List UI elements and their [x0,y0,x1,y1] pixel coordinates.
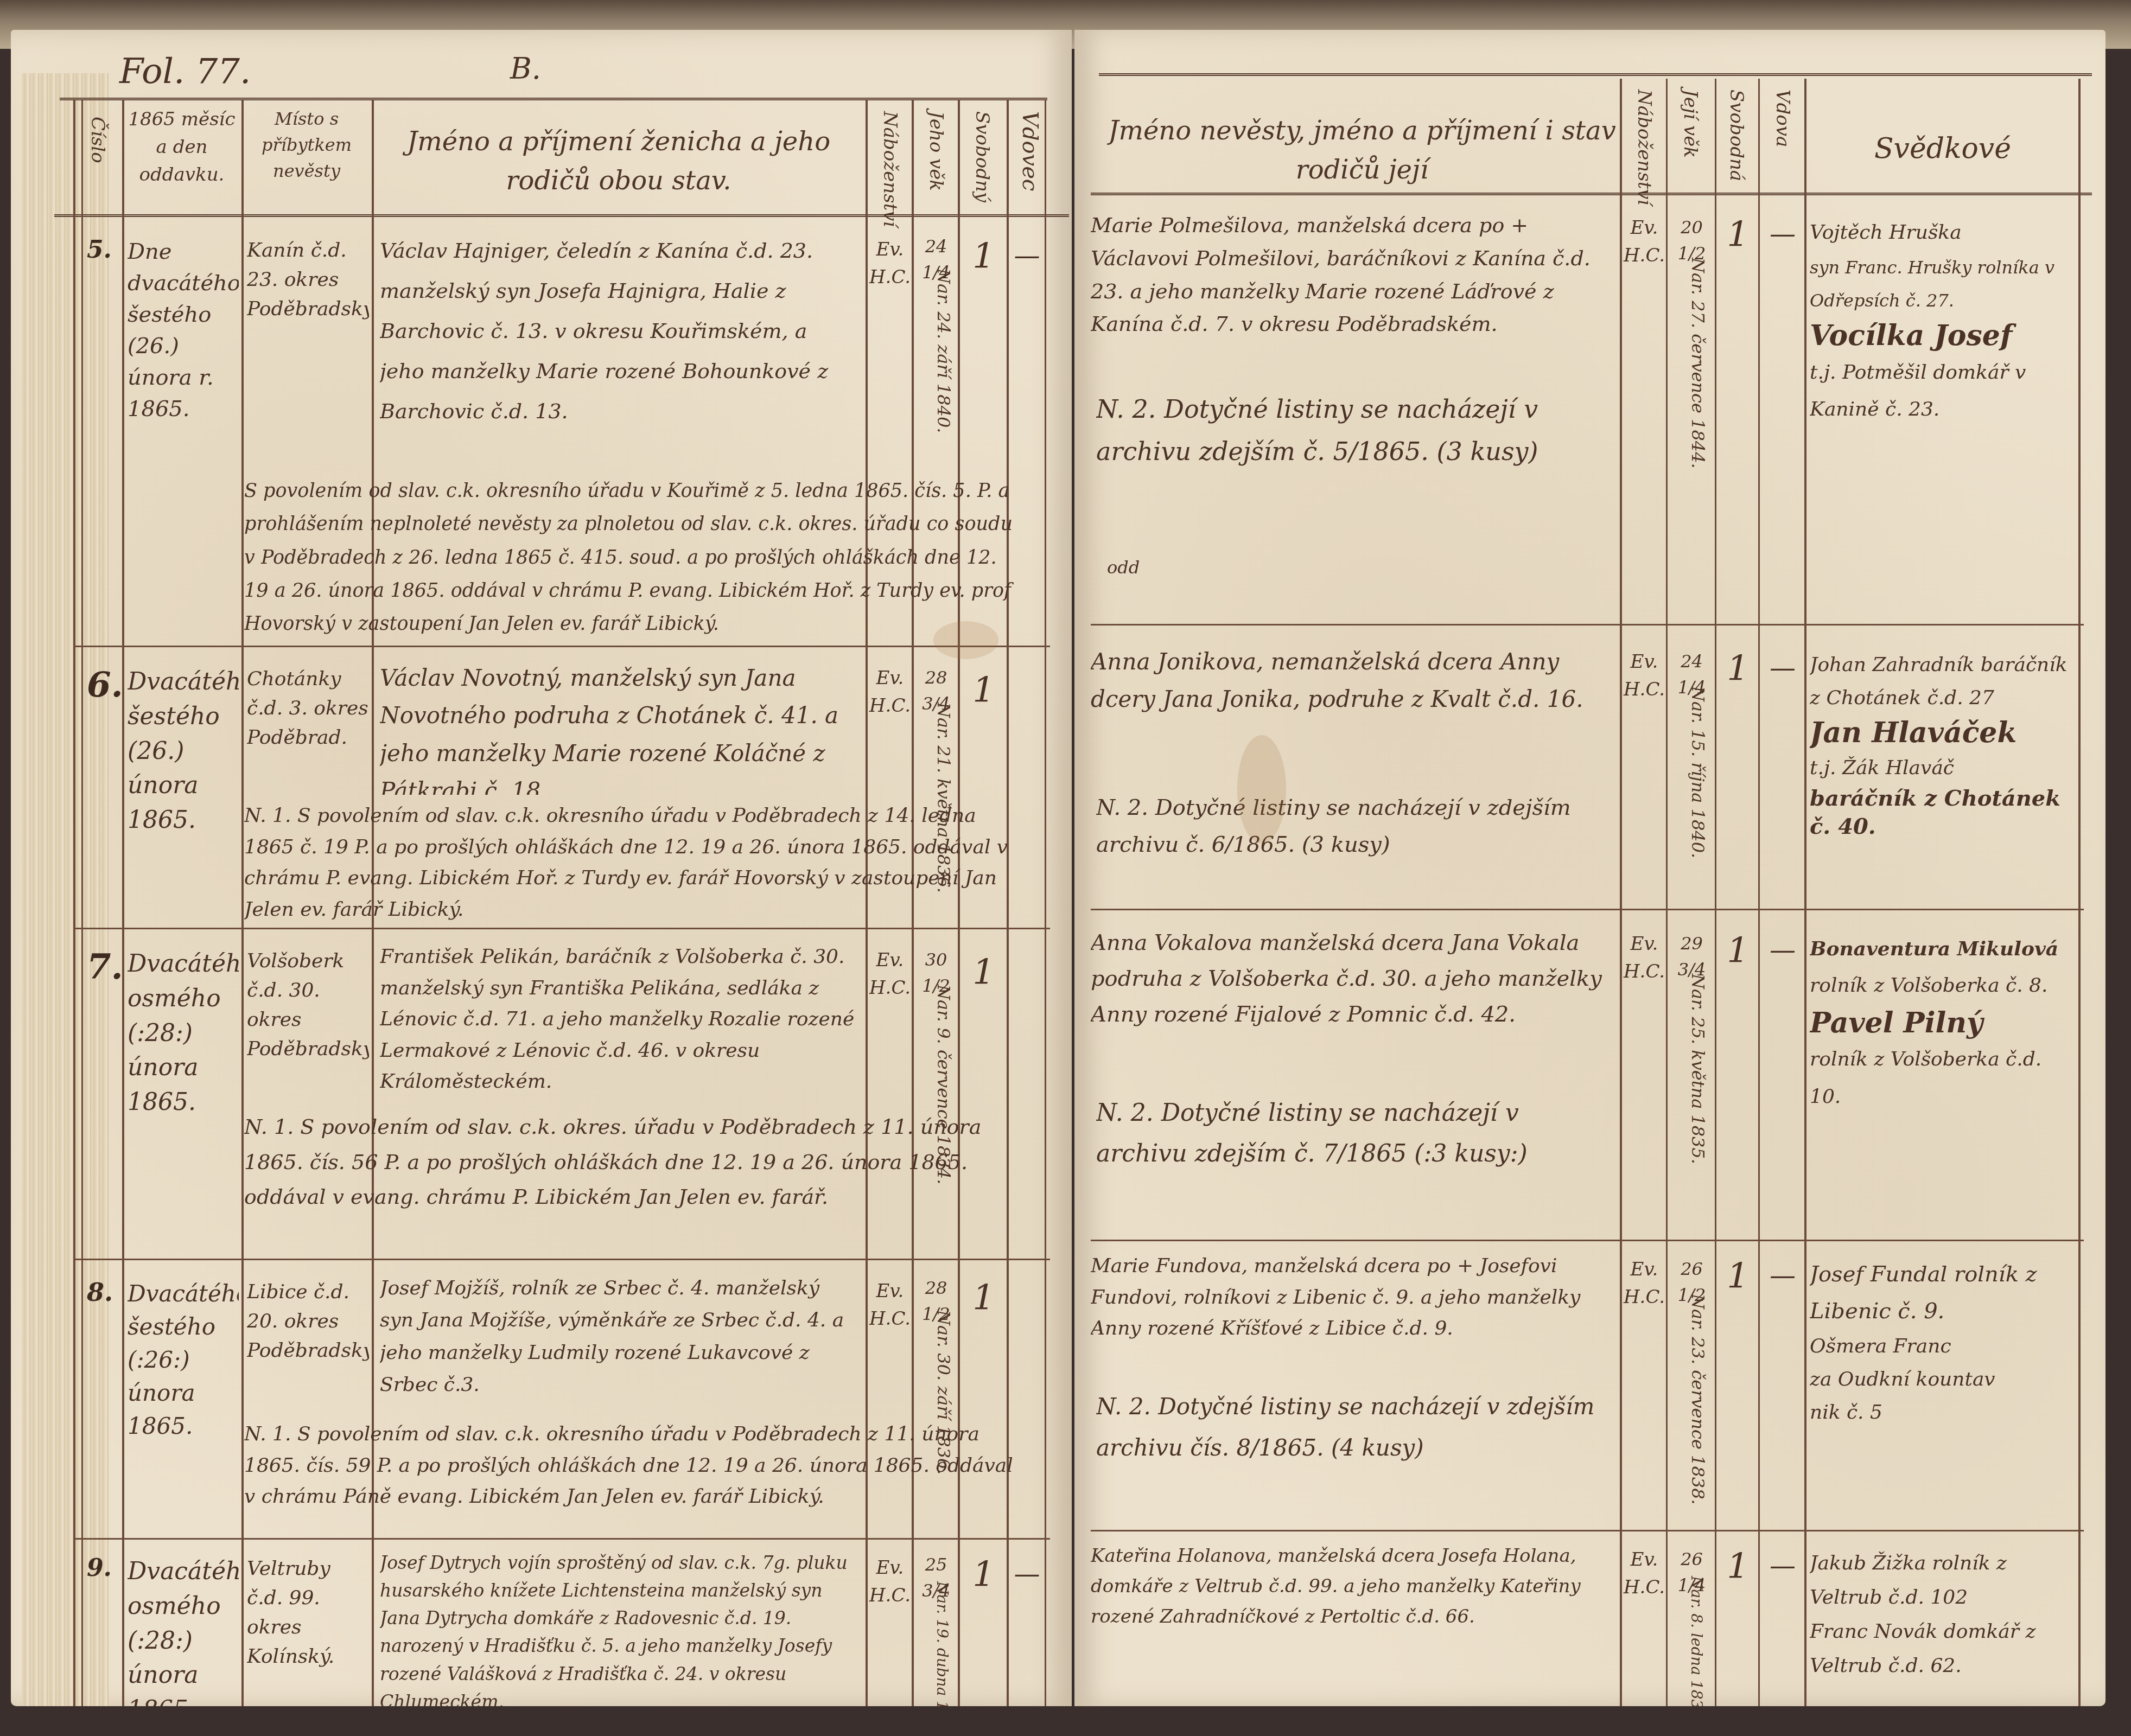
groom-single-mark: 1 [960,231,1007,283]
groom-religion: Ev. H.C. [868,665,912,720]
header-top-rule [1099,73,2092,79]
groom-details: Josef Mojžíš, rolník ze Srbec č. 4. manž… [380,1272,857,1413]
col-rule [2078,79,2081,1706]
header-date: 1865 měsíc a den oddavku. [125,106,239,214]
documents-note: N. 2. Dotyčné listiny se nacházejí v zde… [1096,789,1617,898]
header-bottom-rule [54,214,1069,220]
row-rule [73,1538,1050,1540]
witness-line: t.j. Žák Hlaváč [1810,751,2076,784]
marriage-date: Dvacátého šestého (26.) února 1865. [128,665,239,838]
header-age: Jeho věk [925,111,947,209]
bride-residence: Libice č.d. 20. okres Poděbradský [247,1278,369,1365]
header-number: Číslo [87,117,109,209]
bride-single-mark: 1 [1717,1250,1758,1303]
bride-birthdate: Nar. 27. července 1844. [1688,258,1708,453]
license-note: N. 1. S povolením od slav. c.k. okres. ú… [244,1109,1020,1256]
groom-widower-mark: — [1009,236,1045,275]
bride-single-mark: 1 [1717,1541,1758,1593]
row-rule [1091,1530,2084,1531]
col-rule [1620,79,1622,1706]
witness-line: rolník z Volšoberka č. 8. [1810,967,2076,1004]
bride-details: Marie Fundova, manželská dcera po + Jose… [1091,1250,1617,1370]
witnesses: Bonaventura Mikulová rolník z Volšoberka… [1810,930,2076,1234]
col-rule [1045,100,1046,1706]
documents-note: N. 2. Dotyčné listiny se nacházejí v arc… [1096,1093,1617,1234]
bride-single-mark: 1 [1717,209,1758,261]
groom-details: Josef Dytrych vojín sproštěný od slav. c… [380,1549,863,1706]
bride-religion: Ev. H.C. [1623,648,1666,704]
groom-single-mark: 1 [960,947,1007,999]
bride-widow-mark: — [1761,214,1804,253]
documents-note: N. 2. Dotyčné listiny se nacházejí v arc… [1096,388,1617,540]
col-rule [1666,79,1668,1706]
groom-birthdate: Nar. 21. května 1836. [933,703,954,898]
col-rule [1715,79,1716,1706]
col-rule [122,100,124,1706]
row-rule [1091,1240,2084,1241]
row-rule [73,928,1050,929]
documents-note: N. 2. Dotyčné listiny se nacházejí v zde… [1096,1386,1617,1516]
header-top-rule [60,98,1047,104]
groom-details: František Pelikán, baráčník z Volšoberka… [380,941,857,1099]
header-place: Místo s příbytkem nevěsty [244,106,369,214]
bride-residence: Kanín č.d. 23. okres Poděbradský [247,236,369,324]
groom-religion: Ev. H.C. [868,236,912,291]
margin-note: odd [1107,551,1161,584]
witness-line: Franc Novák domkář z Veltrub č.d. 62. [1810,1614,2076,1683]
entry-number: 7. [87,947,125,987]
witness-signature: baráčník z Chotánek č. 40. [1810,784,2076,841]
folio-number: Fol. 77. [119,52,251,92]
entry-number: 6. [87,665,125,705]
col-rule [81,100,83,1706]
groom-birthdate: Nar. 19. dubna 1839. [933,1581,951,1701]
header-witnesses: Svědkové [1810,127,2076,182]
row-rule [1091,909,2084,910]
bride-birthdate: Nar. 15. října 1840. [1688,686,1708,887]
groom-widower-mark: — [1009,1554,1045,1593]
groom-details: Václav Hajniger, čeledín z Kanína č.d. 2… [380,231,857,469]
witness-line: nik č. 5 [1810,1396,2076,1429]
bride-birthdate: Nar. 8. ledna 1838. [1688,1576,1706,1706]
right-page: Jméno nevěsty, jméno a příjmení i stav r… [1074,30,2105,1706]
bride-religion: Ev. H.C. [1623,214,1666,270]
page-edges [22,73,109,1706]
bride-widow-mark: — [1761,1546,1804,1585]
bride-residence: Chotánky č.d. 3. okres Poděbrad. [247,665,369,752]
witness-signature: Vocílka Josef [1810,317,2076,354]
witness-signature: Jan Hlaváček [1810,714,2076,751]
witness-line: Josef Fundal rolník z Libenic č. 9. [1810,1256,2076,1330]
groom-single-mark: 1 [960,1272,1007,1324]
bride-widow-mark: — [1761,930,1804,969]
witness-line: rolník z Volšoberka č.d. 10. [1810,1041,2076,1115]
groom-single-mark: 1 [960,665,1007,717]
groom-birthdate: Nar. 24. září 1840. [933,269,954,453]
license-note: N. 1. S povolením od slav. c.k. okresníh… [244,1419,1020,1535]
marriage-date: Dvacátého šestého (:26:) února 1865. [128,1278,239,1443]
header-bottom-rule [1091,193,2092,199]
bride-religion: Ev. H.C. [1623,1546,1666,1601]
groom-single-mark: 1 [960,1549,1007,1601]
header-religion: Náboženství [1633,90,1655,187]
col-rule [73,100,75,1706]
bride-single-mark: 1 [1717,643,1758,695]
groom-birthdate: Nar. 30. září 1836. [933,1310,954,1505]
col-rule [241,100,244,1706]
bride-widow-mark: — [1761,648,1804,687]
witnesses: Johan Zahradník baráčník z Chotánek č.d.… [1810,648,2076,903]
header-age: Její věk [1680,90,1701,187]
bride-religion: Ev. H.C. [1623,930,1666,986]
bride-birthdate: Nar. 23. července 1838. [1688,1294,1708,1478]
groom-religion: Ev. H.C. [868,1554,912,1610]
witness-signature: Pavel Pilný [1810,1005,2076,1042]
witnesses: Jakub Žižka rolník z Veltrub č.d. 102 Fr… [1810,1546,2076,1703]
marriage-date: Dvacátého osmého (:28:) února 1865. [128,947,239,1120]
marriage-date: Dne dvacátého šestého (26.) února r. 186… [128,236,239,425]
groom-religion: Ev. H.C. [868,947,912,1002]
bride-details: Kateřina Holanova, manželská dcera Josef… [1091,1541,1617,1671]
section-mark: B. [510,52,541,86]
groom-religion: Ev. H.C. [868,1278,912,1333]
witness-line: syn Franc. Hrušky rolníka v Odřepsích č.… [1810,251,2076,317]
left-page: Fol. 77. B. Číslo 1865 měsíc a den oddav… [11,30,1072,1706]
entry-number: 8. [87,1278,125,1307]
groom-birthdate: Nar. 9. července 1834. [933,985,954,1191]
bride-birthdate: Nar. 25. května 1835. [1688,974,1708,1191]
witness-line: Ošmera Franc [1810,1330,2076,1363]
groom-details: Václav Novotný, manželský syn Jana Novot… [380,659,857,795]
header-religion: Náboženství [879,111,901,209]
row-rule [73,1259,1050,1260]
witness-line: Jakub Žižka rolník z Veltrub č.d. 102 [1810,1546,2076,1614]
witness-line: za Oudkní kountav [1810,1363,2076,1396]
bride-details: Anna Vokalova manželská dcera Jana Vokal… [1091,925,1617,1071]
witness-line: Vojtěch Hruška [1810,214,2076,251]
row-rule [1091,624,2084,626]
row-rule [73,646,1050,647]
header-single: Svobodná [1726,90,1747,187]
bride-widow-mark: — [1761,1256,1804,1295]
witness-line: t.j. Potměšil domkář v Kanině č. 23. [1810,354,2076,429]
paper-stain [1237,735,1286,844]
license-note: N. 1. S povolením od slav. c.k. okresníh… [244,800,1020,925]
witnesses: Josef Fundal rolník z Libenic č. 9. Ošme… [1810,1256,2076,1505]
bride-single-mark: 1 [1717,925,1758,977]
witnesses: Vojtěch Hruška syn Franc. Hrušky rolníka… [1810,214,2076,616]
bride-details: Marie Polmešilova, manželská dcera po + … [1091,209,1617,372]
col-rule [1804,79,1806,1706]
entry-number: 5. [87,236,125,264]
bride-religion: Ev. H.C. [1623,1256,1666,1311]
witness-line: Johan Zahradník baráčník z Chotánek č.d.… [1810,648,2076,714]
header-bride: Jméno nevěsty, jméno a příjmení i stav r… [1107,111,1617,193]
marriage-date: Dvacátého osmého (:28:) února 1865. [128,1554,239,1706]
bride-residence: Volšoberk č.d. 30. okres Poděbradský [247,947,369,1064]
witness-line: Bonaventura Mikulová [1810,930,2076,967]
entry-number: 9. [87,1554,125,1582]
bride-details: Anna Jonikova, nemanželská dcera Anny dc… [1091,643,1617,762]
header-single: Svobodný [971,111,993,209]
header-widow: Vdova [1772,90,1793,187]
header-widower: Vdovec [1017,111,1042,209]
ink-stain [933,621,998,659]
license-note: S povolením od slav. c.k. okresního úřad… [244,475,1020,643]
bride-residence: Veltruby č.d. 99. okres Kolínský. [247,1554,369,1671]
col-rule [1758,79,1760,1706]
header-groom: Jméno a příjmení ženicha a jeho rodičů o… [380,122,857,214]
